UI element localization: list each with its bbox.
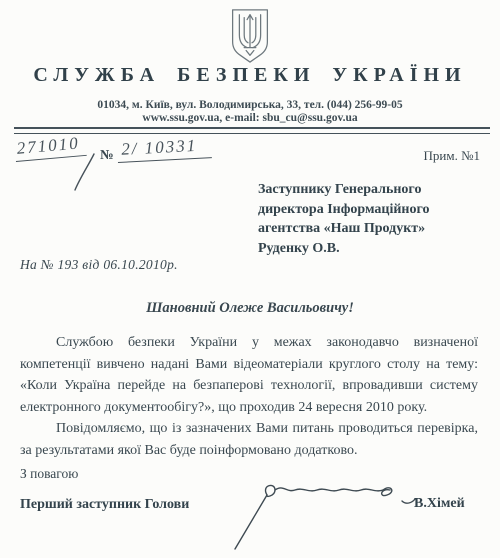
body-paragraph: Повідомляємо, що із зазначених Вами пита… — [20, 418, 478, 461]
organization-title: СЛУЖБА БЕЗПЕКИ УКРАЇНИ — [0, 64, 500, 87]
handwriting-flourish — [72, 152, 98, 194]
reply-reference: На № 193 від 06.10.2010р. — [20, 257, 178, 273]
salutation: Шановний Олеже Васильовичу! — [0, 300, 500, 317]
copy-number-label: Прим. №1 — [424, 148, 480, 164]
signer-name: В.Хімей — [414, 496, 465, 512]
contact-line: www.ssu.gov.ua, e-mail: sbu_cu@ssu.gov.u… — [0, 112, 500, 124]
signer-title: Перший заступник Голови — [20, 497, 189, 513]
number-sign-label: № — [100, 147, 114, 163]
recipient-block: Заступнику Генерального директора Інформ… — [258, 180, 430, 258]
scanned-letter-page: СЛУЖБА БЕЗПЕКИ УКРАЇНИ 01034, м. Київ, в… — [0, 0, 500, 558]
recipient-line: Заступнику Генерального — [258, 180, 430, 200]
closing-regards: З повагою — [20, 466, 78, 482]
recipient-line: Руденку О.В. — [258, 239, 430, 259]
body-paragraph: Службою безпеки України у межах законода… — [20, 332, 478, 418]
ukraine-trident-emblem-icon — [221, 8, 279, 64]
signature-icon — [230, 470, 420, 552]
handwritten-registration-number: 2/ 10331 — [117, 135, 212, 163]
address-line: 01034, м. Київ, вул. Володимирська, 33, … — [0, 99, 500, 111]
recipient-line: директора Інформаційного — [258, 200, 430, 220]
letter-body: Службою безпеки України у межах законода… — [20, 332, 478, 462]
recipient-line: агентства «Наш Продукт» — [258, 219, 430, 239]
letterhead-divider — [14, 127, 490, 134]
